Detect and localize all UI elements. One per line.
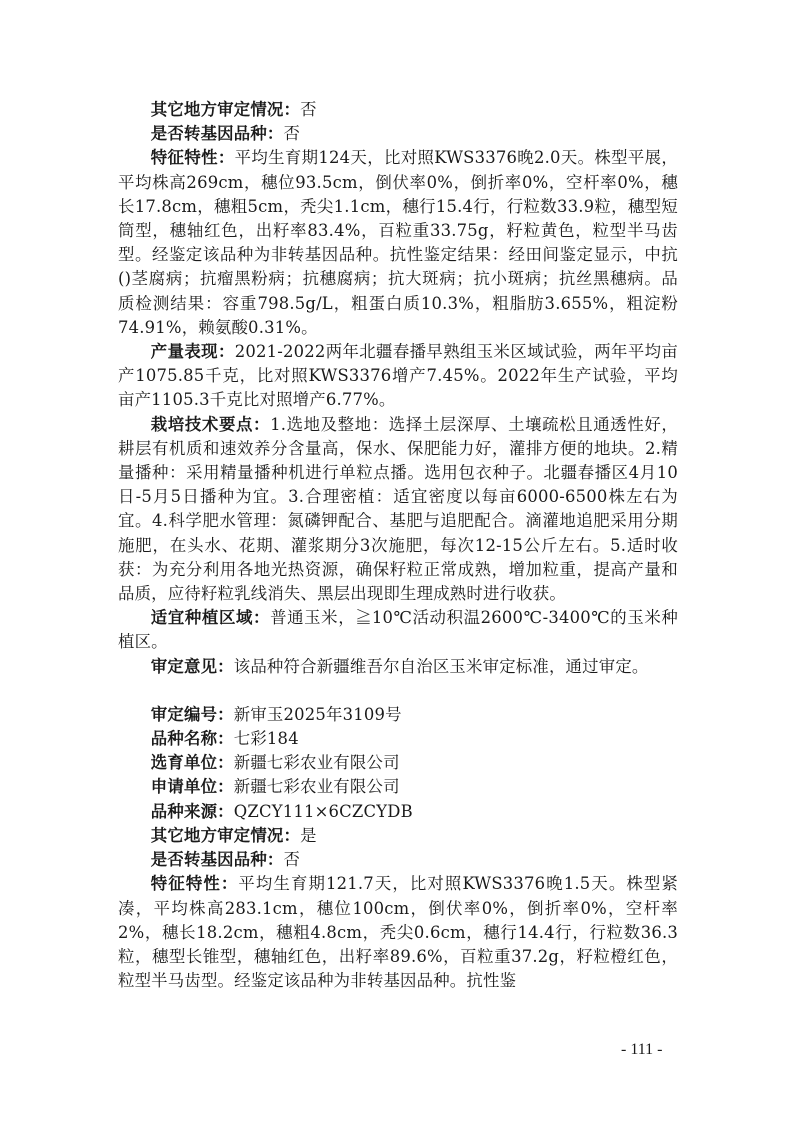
field-characteristics: 特征特性：平均生育期121.7天，比对照KWS3376晚1.5天。株型紧凑，平均… [118, 872, 678, 993]
field-suitable-region: 适宜种植区域：普通玉米，≧10℃活动积温2600℃-3400℃的玉米种植区。 [118, 606, 678, 654]
field-value: 1.选地及整地：选择土层深厚、土壤疏松且通透性好，耕层有机质和速效养分含量高，保… [118, 415, 678, 603]
field-cultivation: 栽培技术要点：1.选地及整地：选择土层深厚、土壤疏松且通透性好，耕层有机质和速效… [118, 413, 678, 607]
field-label: 是否转基因品种： [151, 850, 284, 869]
field-value: 否 [300, 100, 317, 119]
field-label: 审定编号： [151, 705, 234, 724]
field-label: 申请单位： [151, 777, 234, 796]
field-label: 适宜种植区域： [151, 608, 270, 627]
field-value: 否 [284, 124, 301, 143]
field-label: 特征特性： [151, 148, 235, 167]
field-other-region-approval: 其它地方审定情况：是 [118, 824, 678, 848]
document-page: 其它地方审定情况：否 是否转基因品种：否 特征特性：平均生育期124天，比对照K… [118, 98, 678, 993]
page-number: - 111 - [621, 1041, 662, 1059]
field-value: 是 [300, 826, 317, 845]
field-characteristics: 特征特性：平均生育期124天，比对照KWS3376晚2.0天。株型平展，平均株高… [118, 146, 678, 340]
field-label: 栽培技术要点： [151, 415, 270, 434]
section-gap [118, 679, 678, 703]
field-is-gmo: 是否转基因品种：否 [118, 848, 678, 872]
field-origin: 品种来源：QZCY111×6CZCYDB [118, 800, 678, 824]
field-value: 新审玉2025年3109号 [234, 705, 402, 724]
field-value: 新疆七彩农业有限公司 [234, 777, 400, 796]
field-value: 该品种符合新疆维吾尔自治区玉米审定标准，通过审定。 [234, 657, 649, 676]
field-label: 品种来源： [151, 802, 234, 821]
field-value: 平均生育期124天，比对照KWS3376晚2.0天。株型平展，平均株高269cm… [118, 148, 678, 336]
field-opinion: 审定意见：该品种符合新疆维吾尔自治区玉米审定标准，通过审定。 [118, 655, 678, 679]
field-other-region-approval: 其它地方审定情况：否 [118, 98, 678, 122]
field-breeder: 选育单位：新疆七彩农业有限公司 [118, 751, 678, 775]
field-label: 选育单位： [151, 753, 234, 772]
field-label: 其它地方审定情况： [151, 826, 300, 845]
field-label: 品种名称： [151, 729, 234, 748]
field-applicant: 申请单位：新疆七彩农业有限公司 [118, 775, 678, 799]
field-is-gmo: 是否转基因品种：否 [118, 122, 678, 146]
field-label: 是否转基因品种： [151, 124, 284, 143]
field-value: 否 [284, 850, 301, 869]
field-yield: 产量表现：2021-2022两年北疆春播早熟组玉米区域试验，两年平均亩产1075… [118, 340, 678, 413]
field-label: 其它地方审定情况： [151, 100, 300, 119]
field-variety-name: 品种名称：七彩184 [118, 727, 678, 751]
field-approval-number: 审定编号：新审玉2025年3109号 [118, 703, 678, 727]
field-value: QZCY111×6CZCYDB [234, 802, 413, 821]
field-label: 产量表现： [151, 342, 235, 361]
field-value: 七彩184 [234, 729, 299, 748]
field-label: 特征特性： [151, 874, 239, 893]
field-label: 审定意见： [151, 657, 234, 676]
field-value: 新疆七彩农业有限公司 [234, 753, 400, 772]
